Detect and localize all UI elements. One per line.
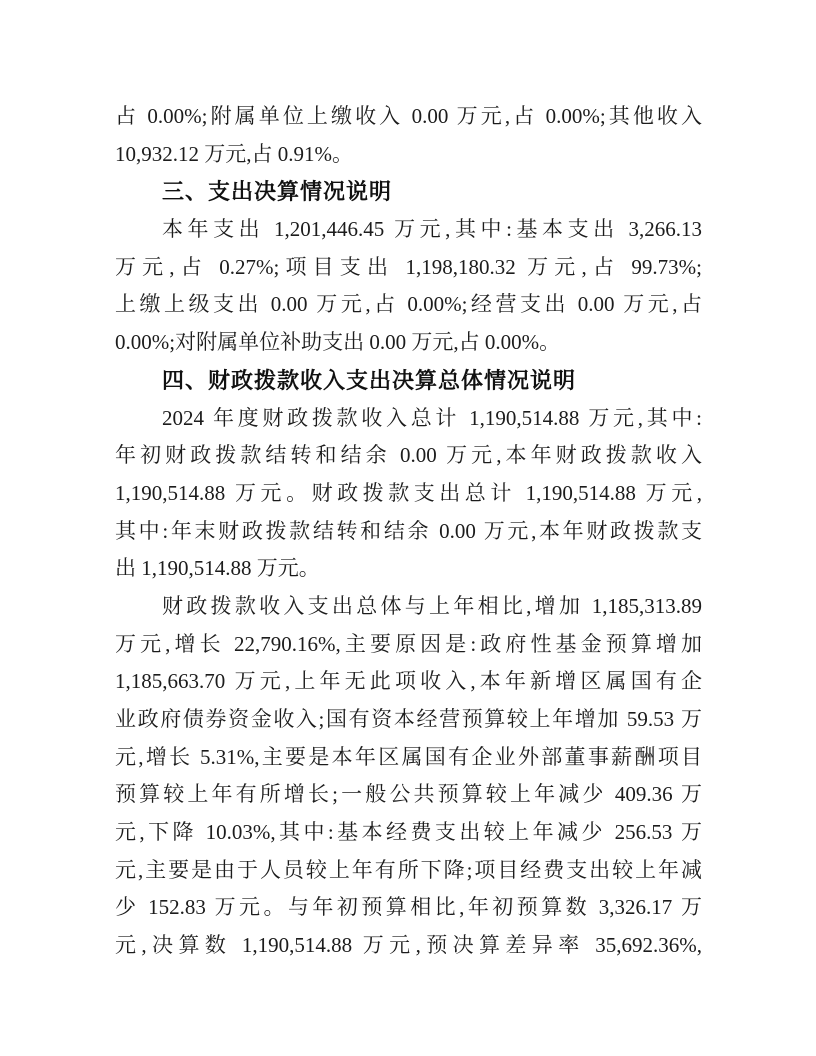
text-line: 财政拨款收入支出总体与上年相比,增加 1,185,313.89 [115, 588, 702, 626]
text-line: 1,185,663.70 万元,上年无此项收入,本年新增区属国有企 [115, 663, 702, 701]
text-line: 出 1,190,514.88 万元。 [115, 550, 702, 588]
text-line: 0.00%;对附属单位补助支出 0.00 万元,占 0.00%。 [115, 324, 702, 362]
text-line: 元,增长 5.31%,主要是本年区属国有企业外部董事薪酬项目 [115, 739, 702, 777]
text-line: 占 0.00%;附属单位上缴收入 0.00 万元,占 0.00%;其他收入 [115, 98, 702, 136]
text-line: 上缴上级支出 0.00 万元,占 0.00%;经营支出 0.00 万元,占 [115, 286, 702, 324]
text-line: 元,下降 10.03%,其中:基本经费支出较上年减少 256.53 万 [115, 814, 702, 852]
text-line: 年初财政拨款结转和结余 0.00 万元,本年财政拨款收入 [115, 437, 702, 475]
document-page: 占 0.00%;附属单位上缴收入 0.00 万元,占 0.00%;其他收入 10… [0, 0, 816, 1056]
text-line: 1,190,514.88 万元。财政拨款支出总计 1,190,514.88 万元… [115, 475, 702, 513]
text-line: 预算较上年有所增长;一般公共预算较上年减少 409.36 万 [115, 776, 702, 814]
section-heading: 四、财政拨款收入支出决算总体情况说明 [115, 362, 702, 400]
text-line: 万元,增长 22,790.16%,主要原因是:政府性基金预算增加 [115, 626, 702, 664]
text-line: 万元,占 0.27%;项目支出 1,198,180.32 万元,占 99.73%… [115, 249, 702, 287]
text-line: 2024 年度财政拨款收入总计 1,190,514.88 万元,其中: [115, 400, 702, 438]
text-line: 元,主要是由于人员较上年有所下降;项目经费支出较上年减 [115, 852, 702, 890]
text-line: 业政府债券资金收入;国有资本经营预算较上年增加 59.53 万 [115, 701, 702, 739]
text-line: 10,932.12 万元,占 0.91%。 [115, 136, 702, 174]
document-content: 占 0.00%;附属单位上缴收入 0.00 万元,占 0.00%;其他收入 10… [115, 98, 702, 965]
section-heading: 三、支出决算情况说明 [115, 173, 702, 211]
text-line: 少 152.83 万元。与年初预算相比,年初预算数 3,326.17 万 [115, 889, 702, 927]
text-line: 本年支出 1,201,446.45 万元,其中:基本支出 3,266.13 [115, 211, 702, 249]
text-line: 其中:年末财政拨款结转和结余 0.00 万元,本年财政拨款支 [115, 513, 702, 551]
text-line: 元,决算数 1,190,514.88 万元,预决算差异率 35,692.36%, [115, 927, 702, 965]
